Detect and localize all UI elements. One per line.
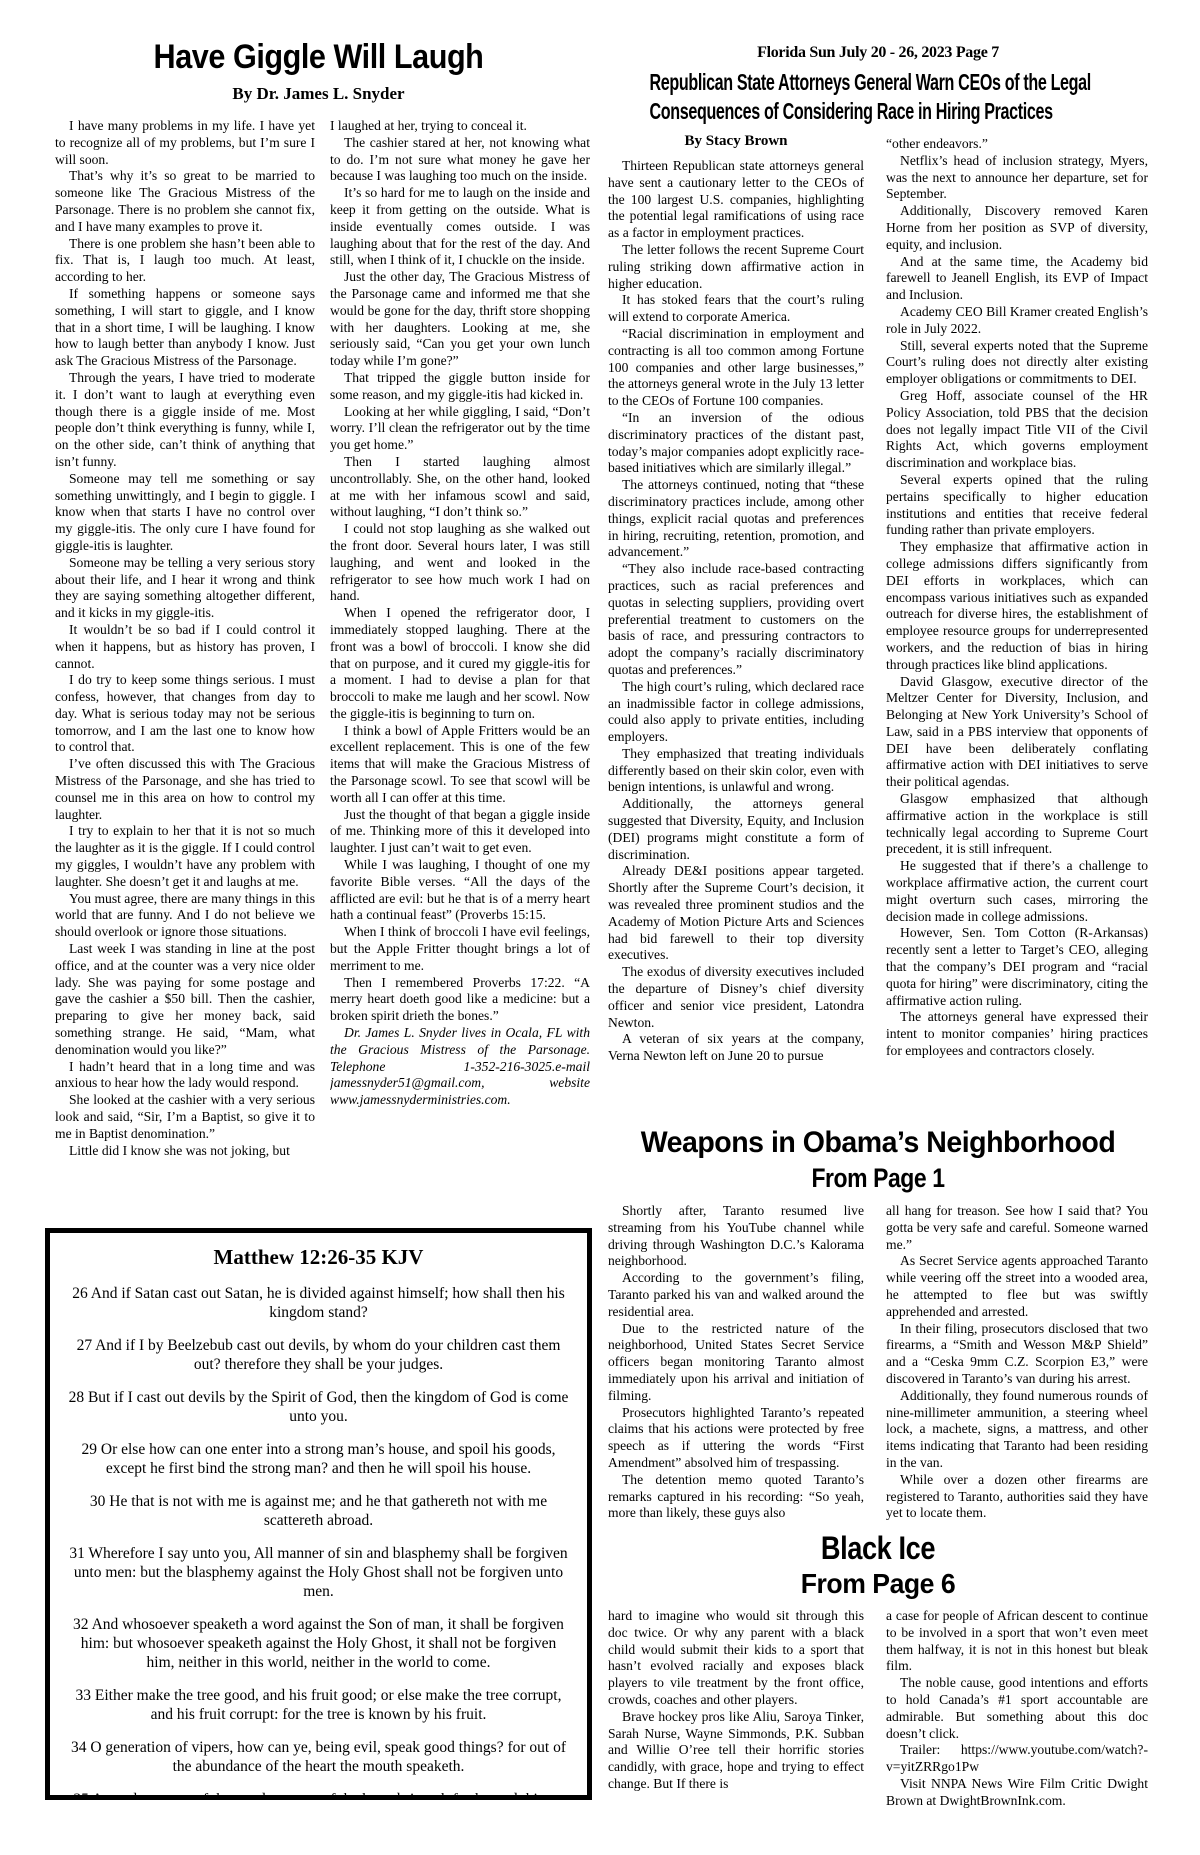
giggle-article-title: Have Giggle Will Laugh [72,38,564,77]
paragraph: However, Sen. Tom Cotton (R-Arkansas) re… [886,925,1148,1009]
paragraph: Last week I was standing in line at the … [55,941,315,1059]
scripture-verses: 26 And if Satan cast out Satan, he is di… [66,1284,571,1800]
republican-title-line-2: Consequences of Considering Race in Hiri… [650,97,937,126]
paragraph: “other endeavors.” [886,136,1148,153]
paragraph: Academy CEO Bill Kramer created English’… [886,304,1148,338]
paragraph: In their filing, prosecutors disclosed t… [886,1321,1148,1388]
paragraph: Just the thought of that began a giggle … [330,807,590,857]
paragraph: 27 And if I by Beelzebub cast out devils… [66,1336,571,1374]
republican-article-byline: By Stacy Brown [608,133,864,150]
paragraph: While over a dozen other firearms are re… [886,1472,1148,1522]
paragraph: 30 He that is not with me is against me;… [66,1492,571,1530]
paragraph: 34 O generation of vipers, how can ye, b… [66,1738,571,1776]
page-header: Florida Sun July 20 - 26, 2023 Page 7 [600,44,1156,62]
paragraph: I could not stop laughing as she walked … [330,521,590,605]
republican-column-2: “other endeavors.”Netflix’s head of incl… [886,136,1148,1126]
paragraph: Glasgow emphasized that although affirma… [886,791,1148,858]
paragraph: The attorneys continued, noting that “th… [608,477,864,561]
paragraph: Looking at her while giggling, I said, “… [330,404,590,454]
paragraph: As Secret Service agents approached Tara… [886,1253,1148,1320]
paragraph: Little did I know she was not joking, bu… [55,1143,315,1160]
paragraph: I hadn’t heard that in a long time and w… [55,1059,315,1093]
paragraph: 33 Either make the tree good, and his fr… [66,1686,571,1724]
paragraph: David Glasgow, executive director of the… [886,674,1148,792]
paragraph: I think a bowl of Apple Fritters would b… [330,723,590,807]
paragraph: There is one problem she hasn’t been abl… [55,236,315,286]
paragraph: It’s so hard for me to laugh on the insi… [330,185,590,269]
paragraph: I do try to keep some things serious. I … [55,672,315,756]
paragraph: Shortly after, Taranto resumed live stre… [608,1203,864,1270]
paragraph: The attorneys general have expressed the… [886,1009,1148,1059]
paragraph: Additionally, the attorneys general sugg… [608,796,864,863]
paragraph: When I opened the refrigerator door, I i… [330,605,590,723]
paragraph: I try to explain to her that it is not s… [55,823,315,890]
paragraph: 26 And if Satan cast out Satan, he is di… [66,1284,571,1322]
republican-title-line-1: Republican State Attorneys General Warn … [650,68,937,97]
paragraph: Brave hockey pros like Aliu, Saroya Tink… [608,1709,864,1793]
paragraph: 28 But if I cast out devils by the Spiri… [66,1388,571,1426]
paragraph: Thirteen Republican state attorneys gene… [608,158,864,242]
black-ice-article-subtitle: From Page 6 [614,1568,1142,1600]
paragraph: Already DE&I positions appear targeted. … [608,863,864,964]
paragraph: According to the government’s filing, Ta… [608,1270,864,1320]
paragraph: Additionally, they found numerous rounds… [886,1388,1148,1472]
weapons-column-1: Shortly after, Taranto resumed live stre… [608,1203,864,1529]
paragraph: The noble cause, good intentions and eff… [886,1675,1148,1742]
paragraph: Just the other day, The Gracious Mistres… [330,269,590,370]
paragraph: Greg Hoff, associate counsel of the HR P… [886,388,1148,472]
paragraph: 29 Or else how can one enter into a stro… [66,1440,571,1478]
black-ice-article-title: Black Ice [642,1530,1115,1567]
author-bio: Dr. James L. Snyder lives in Ocala, FL w… [330,1025,590,1109]
weapons-article-subtitle: From Page 1 [642,1163,1115,1194]
paragraph: 31 Wherefore I say unto you, All manner … [66,1544,571,1601]
paragraph: I laughed at her, trying to conceal it. [330,118,590,135]
scripture-box-title: Matthew 12:26-35 KJV [66,1245,571,1270]
giggle-column-2: I laughed at her, trying to conceal it.T… [330,118,590,1223]
paragraph: They emphasize that affirmative action i… [886,539,1148,673]
paragraph: They emphasized that treating individual… [608,746,864,796]
paragraph: That tripped the giggle button inside fo… [330,370,590,404]
black-ice-column-2: a case for people of African descent to … [886,1608,1148,1823]
paragraph: Prosecutors highlighted Taranto’s repeat… [608,1405,864,1472]
paragraph: I have many problems in my life. I have … [55,118,315,168]
black-ice-column-1: hard to imagine who would sit through th… [608,1608,864,1823]
paragraph: She looked at the cashier with a very se… [55,1092,315,1142]
paragraph: When I think of broccoli I have evil fee… [330,924,590,974]
paragraph: all hang for treason. See how I said tha… [886,1203,1148,1253]
paragraph: The high court’s ruling, which declared … [608,679,864,746]
paragraph: Netflix’s head of inclusion strategy, My… [886,153,1148,203]
giggle-article-byline: By Dr. James L. Snyder [45,84,592,104]
paragraph: He suggested that if there’s a challenge… [886,858,1148,925]
paragraph: a case for people of African descent to … [886,1608,1148,1675]
paragraph: hard to imagine who would sit through th… [608,1608,864,1709]
paragraph: Through the years, I have tried to moder… [55,370,315,471]
paragraph: Still, several experts noted that the Su… [886,338,1148,388]
paragraph: It wouldn’t be so bad if I could control… [55,622,315,672]
paragraph: The cashier stared at her, not knowing w… [330,135,590,185]
paragraph: If something happens or someone says som… [55,286,315,370]
paragraph: 35 A good man out of the good treasure o… [66,1790,571,1800]
paragraph: Someone may be telling a very serious st… [55,555,315,622]
giggle-column-1: I have many problems in my life. I have … [55,118,315,1223]
giggle-column-2-paragraphs: I laughed at her, trying to conceal it.T… [330,118,590,1025]
weapons-article-title: Weapons in Obama’s Neighborhood [614,1126,1142,1160]
paragraph: 32 And whosoever speaketh a word against… [66,1615,571,1672]
paragraph: “In an inversion of the odious discrimin… [608,410,864,477]
paragraph: The detention memo quoted Taranto’s rema… [608,1472,864,1522]
weapons-column-2: all hang for treason. See how I said tha… [886,1203,1148,1529]
paragraph: Then I started laughing almost uncontrol… [330,454,590,521]
paragraph: I’ve often discussed this with The Graci… [55,756,315,823]
republican-column-1: Thirteen Republican state attorneys gene… [608,158,864,1126]
paragraph: While I was laughing, I thought of one m… [330,857,590,924]
paragraph: Then I remembered Proverbs 17:22. “A mer… [330,975,590,1025]
paragraph: A veteran of six years at the company, V… [608,1031,864,1065]
paragraph: And at the same time, the Academy bid fa… [886,254,1148,304]
scripture-box: Matthew 12:26-35 KJV 26 And if Satan cas… [45,1228,592,1800]
paragraph: Additionally, Discovery removed Karen Ho… [886,203,1148,253]
paragraph: Trailer: https://www.youtube.com/watch?-… [886,1742,1148,1776]
paragraph: The exodus of diversity executives inclu… [608,964,864,1031]
paragraph: Visit NNPA News Wire Film Critic Dwight … [886,1776,1148,1810]
paragraph: “Racial discrimination in employment and… [608,326,864,410]
paragraph: Several experts opined that the ruling p… [886,472,1148,539]
paragraph: Someone may tell me something or say som… [55,471,315,555]
paragraph: Due to the restricted nature of the neig… [608,1321,864,1405]
paragraph: That’s why it’s so great to be married t… [55,168,315,235]
paragraph: The letter follows the recent Supreme Co… [608,242,864,292]
paragraph: “They also include race-based contractin… [608,561,864,679]
paragraph: You must agree, there are many things in… [55,891,315,941]
paragraph: It has stoked fears that the court’s rul… [608,292,864,326]
newspaper-page: Have Giggle Will Laugh By Dr. James L. S… [0,0,1200,1855]
